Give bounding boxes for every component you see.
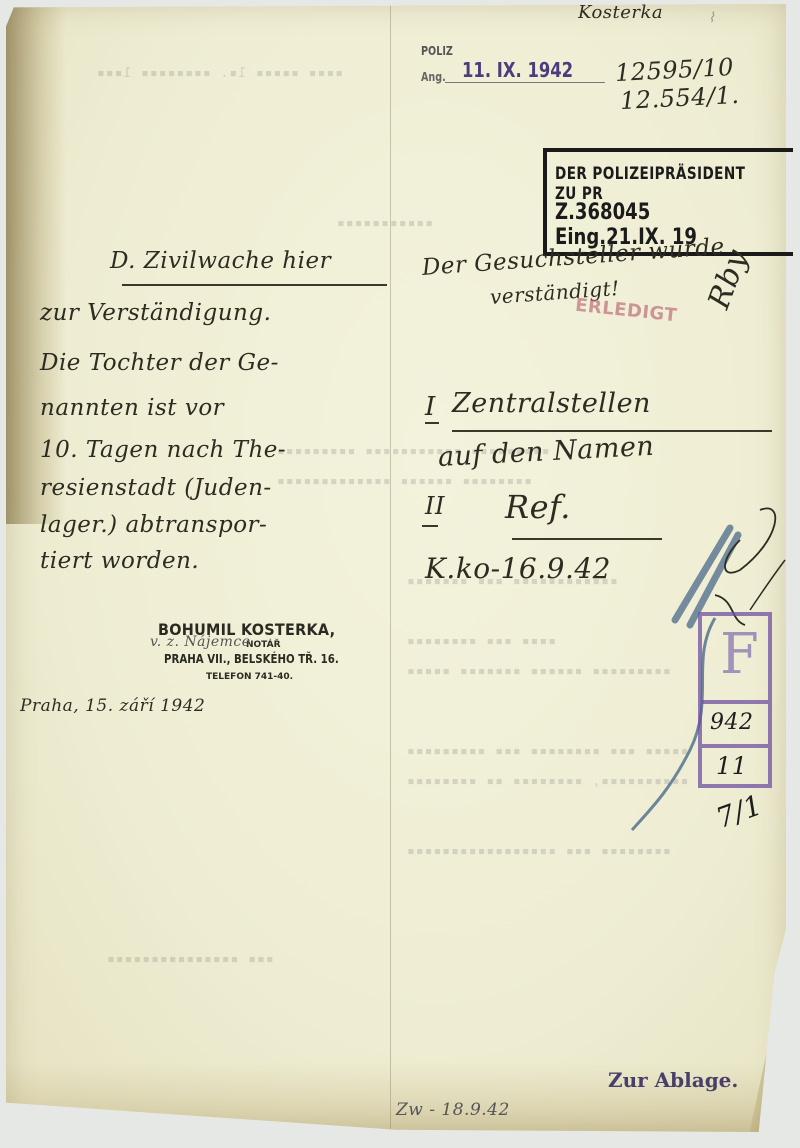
f-stamp-letter: F — [720, 622, 759, 687]
notary-phone: TELEFON 741-40. — [206, 672, 293, 682]
note-line: tiert worden. — [40, 548, 199, 574]
item-2-number: II — [425, 492, 445, 520]
pencil-mark: ⌇ — [708, 10, 715, 26]
notary-address: PRAHA VII., BELSKÉHO TŘ. 16. — [164, 652, 339, 666]
item-2-text: Ref. — [505, 488, 571, 526]
item-1-text: Zentralstellen — [452, 388, 651, 419]
handwritten-name: Kosterka — [578, 2, 663, 23]
f-stamp-row3: 11 — [716, 752, 748, 780]
notary-signature: v. z. Nájemce — [150, 634, 251, 650]
notary-stamp: BOHUMIL KOSTERKA, NOTÁŘ v. z. Nájemce PR… — [158, 620, 355, 639]
stamp-divider — [702, 744, 768, 748]
note-line: Die Tochter der Ge- — [40, 350, 279, 376]
notary-role: NOTÁŘ — [246, 640, 281, 650]
bleedthrough-text: ▪▪▪▪▪▪▪▪ ▪▪▪ ▪▪▪▪▪▪▪▪▪▪▪▪▪▪▪▪▪ — [406, 844, 671, 859]
item-underline — [422, 525, 438, 527]
bleedthrough-text: ▪▪▪ ▪▪▪▪▪▪▪▪▪▪▪▪▪▪▪ — [106, 952, 274, 967]
stamp-label: Ang. — [421, 70, 446, 84]
zur-ablage-stamp: Zur Ablage. — [608, 1068, 738, 1092]
received-date-stamp: 11. IX. 1942 — [462, 58, 573, 82]
stamp-divider — [702, 700, 768, 704]
right-note-date: K.ko-16.9.42 — [425, 552, 611, 585]
bleedthrough-text: ▪▪▪▪ ▪▪▪▪▪ 1▪. ▪▪▪▪▪▪▪▪ 1▪▪▪ — [96, 66, 343, 81]
note-line: 10. Tagen nach The- — [40, 437, 286, 463]
bleedthrough-text: ▪▪▪▪▪▪▪▪ ▪▪▪▪▪▪ ▪▪▪▪▪▪▪▪▪▪▪▪▪ — [276, 474, 532, 489]
note-line: nannten ist vor — [40, 395, 224, 421]
note-line: resienstadt (Juden- — [40, 475, 272, 501]
police-stamp-title: DER POLIZEIPRÄSIDENT ZU PR — [555, 164, 745, 204]
note-line: D. Zivilwache hier — [110, 248, 331, 274]
note-underline — [122, 284, 387, 286]
fold-line — [390, 4, 391, 1132]
item-1-number: I — [425, 392, 436, 422]
note-line: zur Verständigung. — [40, 300, 271, 326]
stamp-prefix: POLIZ — [421, 44, 453, 58]
place-date: Praha, 15. září 1942 — [20, 696, 205, 716]
file-box-stamp: F 942 11 — [698, 612, 772, 788]
item-underline — [452, 430, 772, 432]
item-underline — [425, 422, 439, 424]
stamp-line — [445, 82, 605, 83]
note-line: lager.) abtranspor- — [40, 512, 267, 538]
bottom-handwritten-date: Zw - 18.9.42 — [396, 1100, 510, 1120]
f-stamp-row2: 942 — [710, 710, 754, 735]
bleedthrough-text: ▪▪▪▪▪▪▪▪▪▪▪ — [336, 216, 433, 231]
bleedthrough-text: ▪▪▪▪ ▪▪▪ ▪▪▪▪▪▪▪▪ — [406, 634, 556, 649]
